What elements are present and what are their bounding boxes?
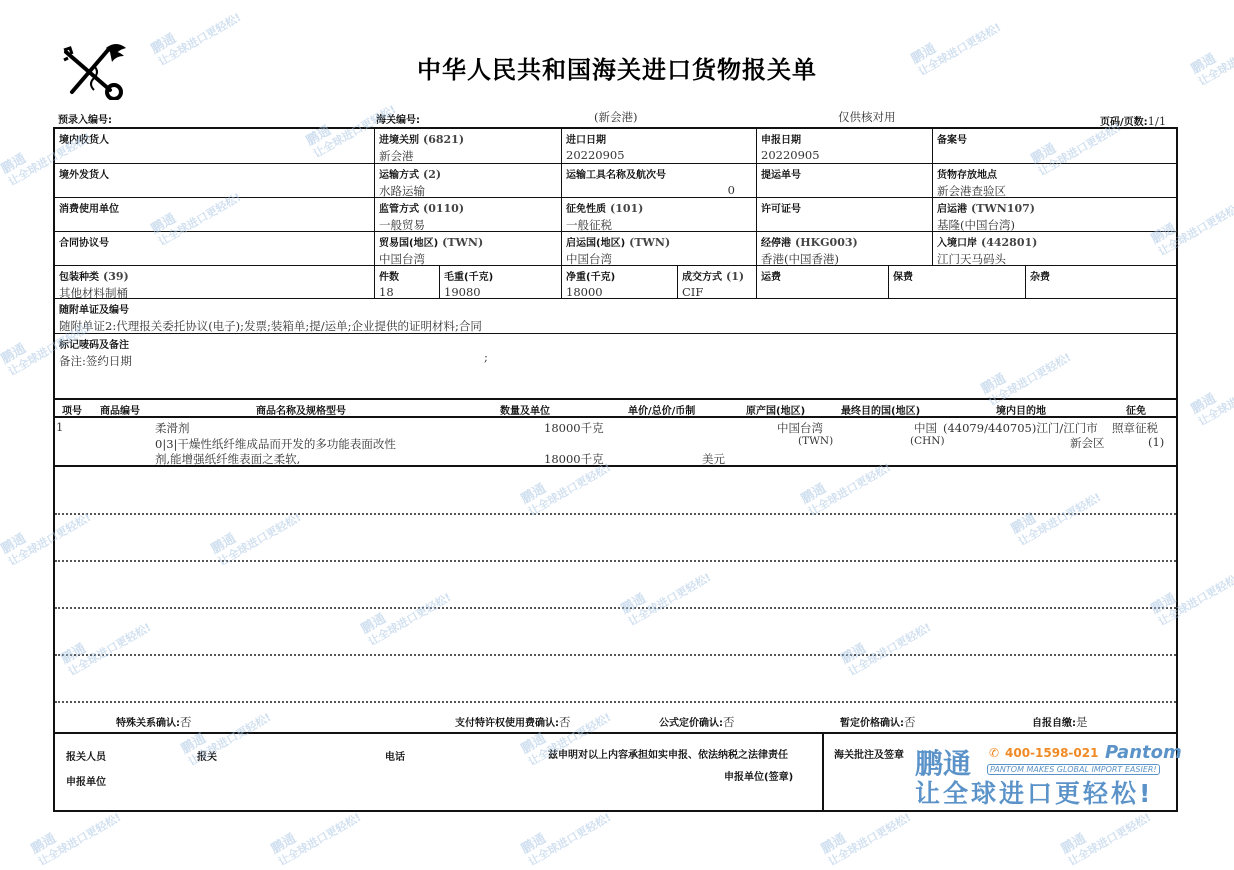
departure-port-value: 基隆(中国台湾) (937, 217, 1171, 233)
transit-port-value: 香港(中国香港) (761, 251, 927, 267)
origin-country-label-line: 启运国(地区)(TWN) (566, 234, 751, 249)
entry-port-cell: 入境口岸(442801) 江门天马码头 (933, 232, 1175, 269)
frame-left (53, 127, 55, 812)
net-weight-label: 净重(千克) (566, 268, 672, 283)
storage-label: 货物存放地点 (937, 166, 1171, 181)
watermark: 鹏通让全球进口更轻松! (0, 499, 94, 570)
import-date-cell: 进口日期 20220905 (562, 129, 755, 164)
verification-notice: 仅供核对用 (838, 109, 896, 125)
self-pay-label: 自报自缴: (1032, 718, 1076, 729)
item-no: 1 (56, 420, 63, 434)
origin-country-label: 启运国(地区) (566, 238, 625, 249)
seal-label: 申报单位(签章) (724, 768, 793, 783)
levy-mode-code: (1) (1148, 435, 1164, 449)
departure-port-code: (TWN107) (971, 202, 1035, 215)
package-type-cell: 包装种类(39) 其他材料制桶 (55, 266, 373, 303)
declare-unit-label: 申报单位 (66, 773, 106, 788)
consumer-unit-cell: 消费使用单位 (55, 198, 373, 219)
entry-port-code: (442801) (981, 236, 1037, 249)
bill-no-cell: 提运单号 (757, 164, 931, 185)
net-weight-value: 18000 (566, 285, 672, 299)
contract-cell: 合同协议号 (55, 232, 373, 253)
storage-value: 新会港查验区 (937, 183, 1171, 199)
documents-value: 随附单证2:代理报关委托协议(电子);发票;装箱单;提/运单;企业提供的证明材料… (59, 318, 1171, 334)
net-weight-cell: 净重(千克) 18000 (562, 266, 676, 301)
trade-country-code: (TWN) (442, 236, 483, 249)
formula-price-value: 否 (723, 715, 735, 729)
formula-price-confirm: 公式定价确认:否 (659, 711, 735, 730)
license-cell: 许可证号 (757, 198, 931, 219)
special-relation-value: 否 (180, 715, 192, 729)
royalty-confirm: 支付特许权使用费确认:否 (455, 711, 571, 730)
transport-mode-code: (2) (423, 168, 441, 181)
gross-weight-label: 毛重(千克) (444, 268, 556, 283)
trade-terms-label: 成交方式 (682, 272, 722, 283)
row-separator (55, 701, 1176, 703)
currency: 美元 (702, 451, 725, 467)
col-header-origin: 原产国(地区) (746, 402, 805, 417)
insurance-label: 保费 (893, 268, 1020, 283)
col-header-hs-code: 商品编号 (100, 402, 140, 417)
phone-icon: ✆ (989, 746, 999, 760)
import-date-value: 20220905 (566, 148, 751, 162)
consumer-unit-label: 消费使用单位 (59, 200, 369, 215)
row-separator (55, 607, 1176, 609)
documents-label: 随附单证及编号 (59, 301, 1171, 316)
transport-mode-label-line: 运输方式(2) (379, 166, 556, 181)
declarant-label: 报关人员 (66, 748, 106, 763)
customs-note-label: 海关批注及签章 (834, 746, 904, 761)
departure-port-label-line: 启运港(TWN107) (937, 200, 1171, 215)
col-header-qty-unit: 数量及单位 (500, 402, 550, 417)
royalty-label: 支付特许权使用费确认: (455, 718, 559, 729)
origin-country: 中国台湾 (777, 420, 823, 436)
trade-country-label-line: 贸易国(地区)(TWN) (379, 234, 556, 249)
pantom-brand-block: 鹏通 ✆ 400-1598-021 Pantom PANTOM MAKES GL… (915, 742, 1175, 808)
domestic-destination-district: 新会区 (1070, 435, 1105, 451)
misc-fee-cell: 杂费 (1026, 266, 1175, 287)
marks-value: 备注:签约日期 (59, 353, 1171, 369)
quantity-declared: 18000千克 (544, 451, 604, 467)
vessel-cell: 运输工具名称及航次号 0 (562, 164, 755, 199)
row-separator (55, 654, 1176, 656)
brand-name-en: Pantom (1105, 742, 1182, 763)
import-date-label: 进口日期 (566, 131, 751, 146)
col-header-name-spec: 商品名称及规格型号 (256, 402, 346, 417)
col-header-item-no: 项号 (62, 402, 82, 417)
package-type-code: (39) (103, 270, 129, 283)
watermark: 鹏通让全球进口更轻松! (209, 499, 304, 570)
watermark: 鹏通让全球进口更轻松! (59, 609, 154, 680)
package-type-label: 包装种类 (59, 272, 99, 283)
final-dest-country-code: (CHN) (910, 435, 945, 447)
transport-mode-cell: 运输方式(2) 水路运输 (375, 164, 560, 201)
goods-spec-line2: 剂,能增强纸纤维表面之柔软, (155, 451, 300, 467)
watermark: 鹏通让全球进口更轻松! (619, 559, 714, 630)
entry-port-label: 入境口岸 (937, 238, 977, 249)
origin-country-code: (TWN) (798, 435, 833, 447)
departure-port-label: 启运港 (937, 204, 967, 215)
royalty-value: 否 (559, 715, 571, 729)
special-relation-label: 特殊关系确认: (116, 718, 180, 729)
entry-port-label-line: 入境口岸(442801) (937, 234, 1171, 249)
trade-terms-label-line: 成交方式(1) (682, 268, 752, 283)
license-label: 许可证号 (761, 200, 927, 215)
marks-label: 标记唛码及备注 (59, 336, 1171, 351)
levy-mode: 照章征税 (1112, 420, 1158, 436)
legal-statement: 兹申明对以上内容承担如实申报、依法纳税之法律责任 (548, 746, 788, 761)
watermark: 鹏通让全球进口更轻松! (799, 449, 894, 520)
provisional-price-label: 暂定价格确认: (840, 718, 904, 729)
document-title: 中华人民共和国海关进口货物报关单 (0, 50, 1234, 85)
pieces-value: 18 (379, 285, 435, 299)
supervision-cell: 监管方式(0110) 一般贸易 (375, 198, 560, 235)
documents-cell: 随附单证及编号 随附单证2:代理报关委托协议(电子);发票;装箱单;提/运单;企… (55, 299, 1175, 336)
bill-no-label: 提运单号 (761, 166, 927, 181)
trade-country-cell: 贸易国(地区)(TWN) 中国台湾 (375, 232, 560, 269)
transit-port-cell: 经停港(HKG003) 香港(中国香港) (757, 232, 931, 269)
supervision-code: (0110) (423, 202, 464, 215)
trade-country-label: 贸易国(地区) (379, 238, 438, 249)
vessel-value: 0 (566, 183, 751, 197)
col-header-final-dest: 最终目的国(地区) (841, 402, 920, 417)
supervision-label: 监管方式 (379, 204, 419, 215)
domestic-destination: (44079/440705)江门/江门市 (943, 420, 1098, 436)
port-tag: (新会港) (594, 109, 637, 125)
declare-date-label: 申报日期 (761, 131, 927, 146)
entry-customs-label: 进境关别 (379, 135, 419, 146)
levy-nature-label-line: 征免性质(101) (566, 200, 751, 215)
levy-nature-code: (101) (610, 202, 643, 215)
brand-phone: 400-1598-021 (1005, 746, 1098, 760)
misc-fee-label: 杂费 (1030, 268, 1171, 283)
origin-country-code: (TWN) (629, 236, 670, 249)
self-pay-value: 是 (1076, 715, 1088, 729)
levy-nature-cell: 征免性质(101) 一般征税 (562, 198, 755, 235)
vessel-label: 运输工具名称及航次号 (566, 166, 751, 181)
gross-weight-cell: 毛重(千克) 19080 (440, 266, 560, 301)
supervision-value: 一般贸易 (379, 217, 556, 233)
pre-entry-no-label: 预录入编号: (58, 111, 112, 126)
levy-nature-label: 征免性质 (566, 204, 606, 215)
quantity-legal: 18000千克 (544, 420, 604, 436)
entry-customs-value: 新会港 (379, 148, 556, 164)
supervision-label-line: 监管方式(0110) (379, 200, 556, 215)
watermark: 鹏通让全球进口更轻松! (839, 609, 934, 680)
marks-cell: 标记唛码及备注 备注:签约日期 (55, 334, 1175, 371)
row-divider (53, 398, 1178, 400)
trade-terms-code: (1) (726, 270, 744, 283)
entry-customs-cell: 进境关别(6821) 新会港 (375, 129, 560, 166)
entry-customs-label-line: 进境关别(6821) (379, 131, 556, 146)
consignee-label: 境内收货人 (59, 131, 369, 146)
trade-country-value: 中国台湾 (379, 251, 556, 267)
trade-terms-cell: 成交方式(1) CIF (678, 266, 756, 301)
consignor-label: 境外发货人 (59, 166, 369, 181)
watermark: 鹏通让全球进口更轻松! (1189, 359, 1234, 430)
declare-date-cell: 申报日期 20220905 (757, 129, 931, 164)
formula-price-label: 公式定价确认: (659, 718, 723, 729)
origin-country-value: 中国台湾 (566, 251, 751, 267)
entry-port-value: 江门天马码头 (937, 251, 1171, 267)
freight-cell: 运费 (757, 266, 887, 287)
provisional-price-confirm: 暂定价格确认:否 (840, 711, 916, 730)
phone-label: 电话 (385, 748, 405, 763)
row-separator (55, 560, 1176, 562)
contract-label: 合同协议号 (59, 234, 369, 249)
trade-terms-value: CIF (682, 285, 752, 299)
self-pay-confirm: 自报自缴:是 (1032, 711, 1088, 730)
footer-divider (822, 732, 824, 812)
storage-cell: 货物存放地点 新会港查验区 (933, 164, 1175, 201)
provisional-price-value: 否 (904, 715, 916, 729)
footer-top-line (53, 732, 1178, 734)
insurance-cell: 保费 (889, 266, 1024, 287)
declarant-code-label: 报关 (197, 748, 217, 763)
consignee-cell: 境内收货人 (55, 129, 373, 150)
watermark: 鹏通让全球进口更轻松! (1149, 559, 1234, 630)
row-separator (55, 513, 1176, 515)
col-header-levy: 征免 (1126, 402, 1146, 417)
watermark: 鹏通让全球进口更轻松! (179, 699, 274, 770)
package-type-label-line: 包装种类(39) (59, 268, 369, 283)
col-header-domestic-dest: 境内目的地 (996, 402, 1046, 417)
transport-mode-value: 水路运输 (379, 183, 556, 199)
customs-no-label: 海关编号: (376, 111, 420, 126)
marks-extra: ; (484, 350, 488, 364)
levy-nature-value: 一般征税 (566, 217, 751, 233)
frame-right (1176, 127, 1178, 812)
consignor-cell: 境外发货人 (55, 164, 373, 185)
frame-bottom (53, 810, 1178, 812)
goods-name: 柔滑剂 (155, 420, 190, 436)
special-relation-confirm: 特殊关系确认:否 (116, 711, 192, 730)
entry-customs-code: (6821) (423, 133, 464, 146)
brand-slogan: 让全球进口更轻松! (915, 774, 1153, 810)
origin-country-cell: 启运国(地区)(TWN) 中国台湾 (562, 232, 755, 269)
transit-port-label-line: 经停港(HKG003) (761, 234, 927, 249)
transit-port-label: 经停港 (761, 238, 791, 249)
page-value: 1/1 (1148, 114, 1167, 128)
pieces-label: 件数 (379, 268, 435, 283)
transit-port-code: (HKG003) (795, 236, 858, 249)
goods-spec-line1: 0|3|干燥性纸纤维成品而开发的多功能表面改性 (155, 436, 396, 452)
declare-date-value: 20220905 (761, 148, 927, 162)
transport-mode-label: 运输方式 (379, 170, 419, 181)
final-dest-country: 中国 (914, 420, 937, 436)
pieces-cell: 件数 18 (375, 266, 439, 301)
record-no-label: 备案号 (937, 131, 1171, 146)
freight-label: 运费 (761, 268, 883, 283)
watermark: 鹏通让全球进口更轻松! (359, 579, 454, 650)
record-no-cell: 备案号 (933, 129, 1175, 150)
departure-port-cell: 启运港(TWN107) 基隆(中国台湾) (933, 198, 1175, 235)
gross-weight-value: 19080 (444, 285, 556, 299)
col-header-price: 单价/总价/币制 (628, 402, 695, 417)
